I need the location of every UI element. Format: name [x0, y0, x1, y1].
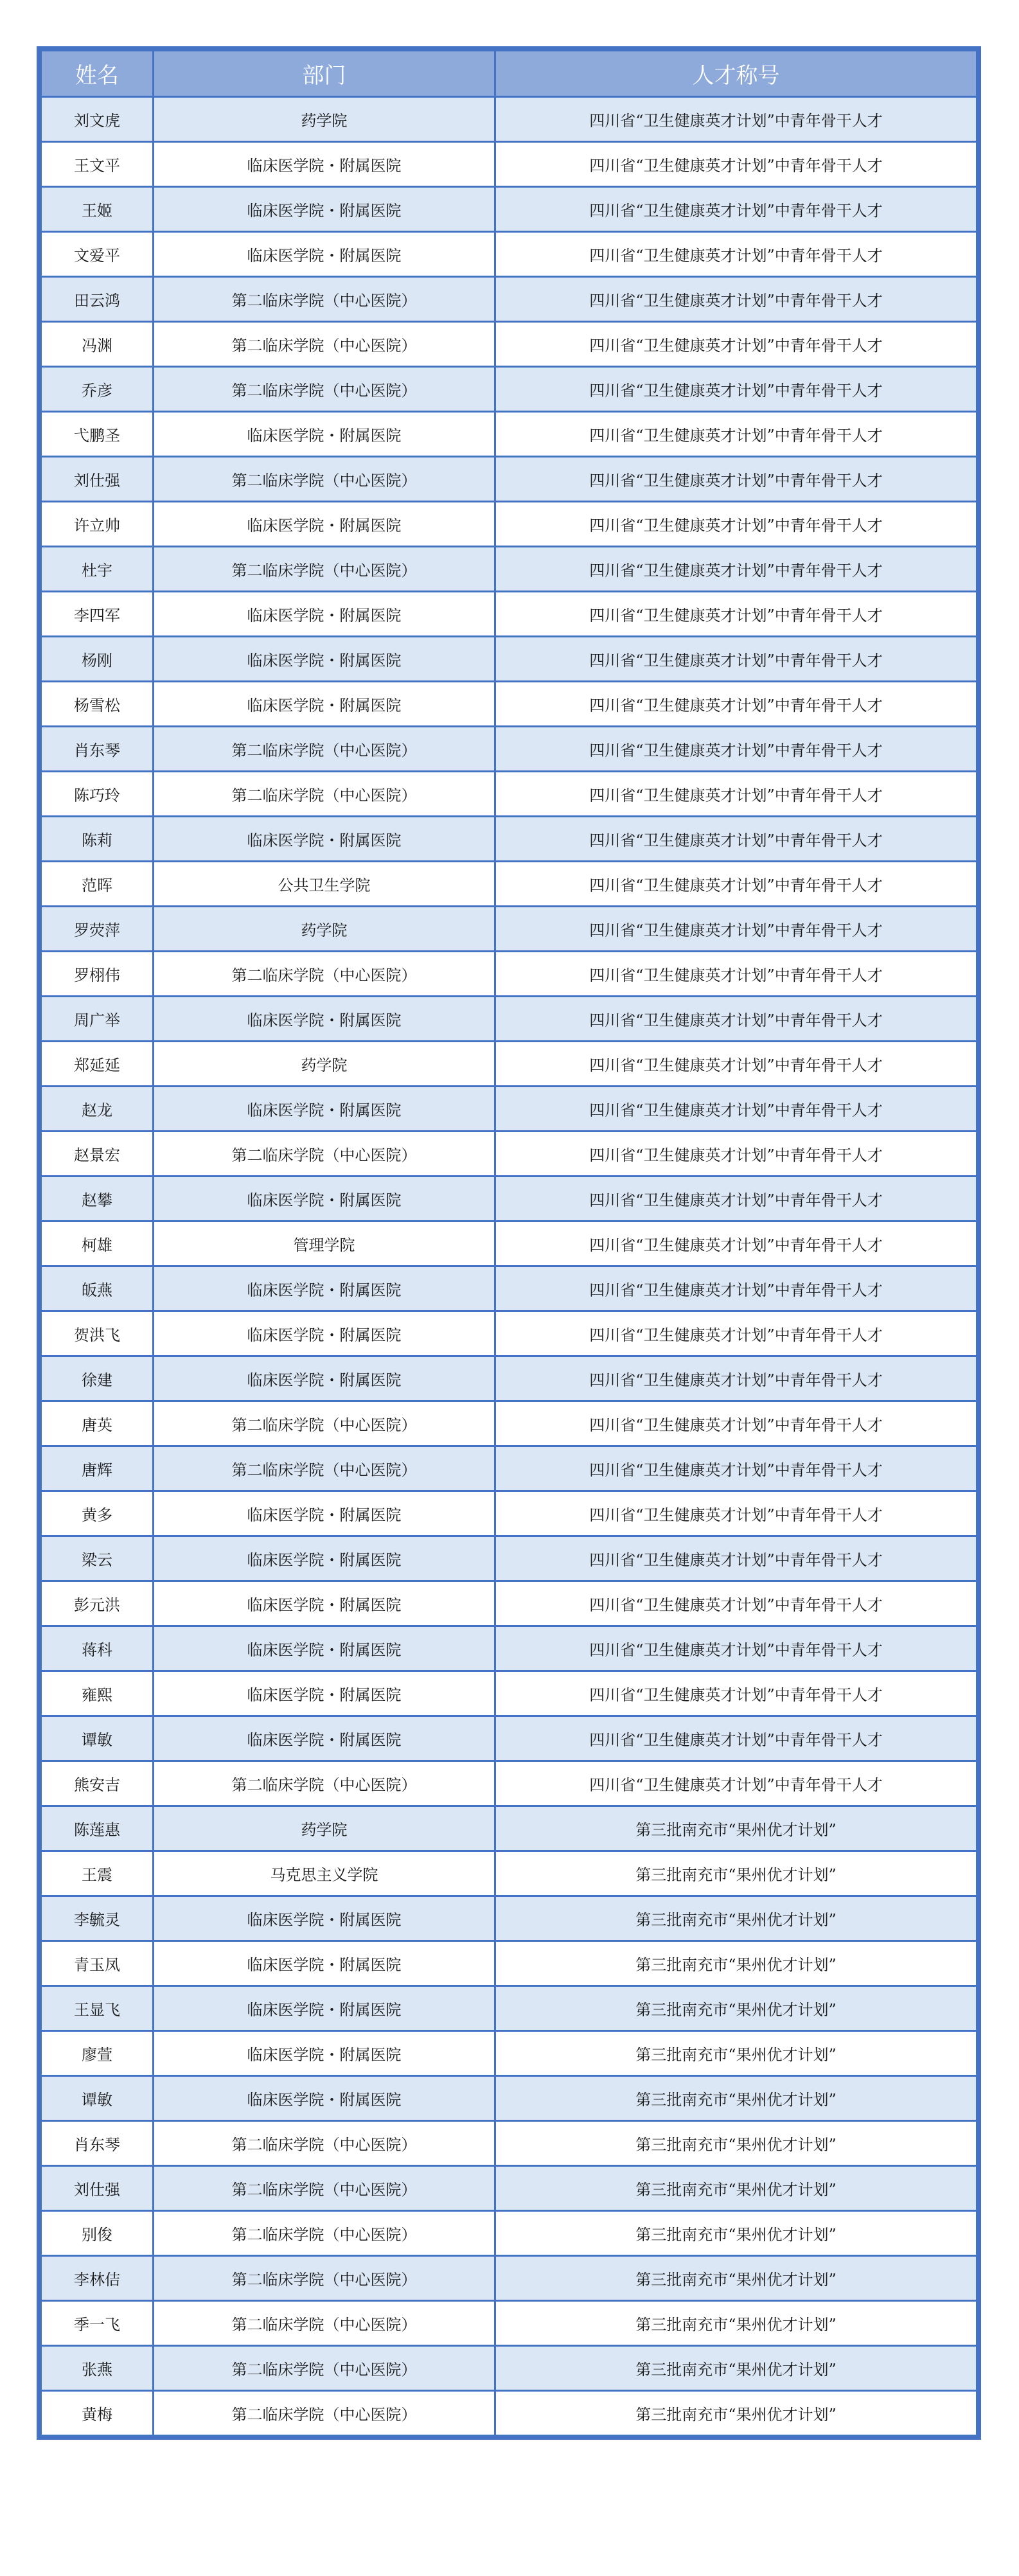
name-cell: 罗栩伟: [41, 952, 154, 997]
table-row: 赵景宏第二临床学院（中心医院）四川省“卫生健康英才计划”中青年骨干人才: [41, 1132, 977, 1177]
table-row: 李林佶第二临床学院（中心医院）第三批南充市“果州优才计划”: [41, 2256, 977, 2301]
talent-title-cell: 四川省“卫生健康英才计划”中青年骨干人才: [495, 1491, 977, 1536]
department-cell: 临床医学院・附属医院: [154, 1896, 495, 1941]
talent-title-cell: 第三批南充市“果州优才计划”: [495, 1986, 977, 2031]
name-cell: 廖萱: [41, 2031, 154, 2076]
talent-title-cell: 四川省“卫生健康英才计划”中青年骨干人才: [495, 637, 977, 682]
table-row: 熊安吉第二临床学院（中心医院）四川省“卫生健康英才计划”中青年骨干人才: [41, 1761, 977, 1806]
table-row: 肖东琴第二临床学院（中心医院）第三批南充市“果州优才计划”: [41, 2121, 977, 2166]
talent-title-cell: 第三批南充市“果州优才计划”: [495, 2211, 977, 2256]
name-cell: 田云鸿: [41, 277, 154, 322]
table-row: 雍熙临床医学院・附属医院四川省“卫生健康英才计划”中青年骨干人才: [41, 1671, 977, 1716]
talent-title-cell: 第三批南充市“果州优才计划”: [495, 1941, 977, 1986]
table-row: 文爱平临床医学院・附属医院四川省“卫生健康英才计划”中青年骨干人才: [41, 232, 977, 277]
talent-table: 姓名 部门 人才称号 刘文虎药学院四川省“卫生健康英才计划”中青年骨干人才王文平…: [40, 49, 978, 2437]
table-row: 罗栩伟第二临床学院（中心医院）四川省“卫生健康英才计划”中青年骨干人才: [41, 952, 977, 997]
department-cell: 管理学院: [154, 1221, 495, 1266]
table-row: 冯渊第二临床学院（中心医院）四川省“卫生健康英才计划”中青年骨干人才: [41, 322, 977, 367]
department-cell: 第二临床学院（中心医院）: [154, 1401, 495, 1446]
talent-title-cell: 四川省“卫生健康英才计划”中青年骨干人才: [495, 1626, 977, 1671]
name-cell: 赵攀: [41, 1177, 154, 1221]
department-cell: 第二临床学院（中心医院）: [154, 2346, 495, 2391]
header-department: 部门: [154, 51, 495, 97]
table-row: 赵攀临床医学院・附属医院四川省“卫生健康英才计划”中青年骨干人才: [41, 1177, 977, 1221]
department-cell: 临床医学院・附属医院: [154, 2076, 495, 2121]
name-cell: 刘仕强: [41, 457, 154, 502]
department-cell: 临床医学院・附属医院: [154, 997, 495, 1042]
name-cell: 王文平: [41, 142, 154, 187]
name-cell: 唐辉: [41, 1446, 154, 1491]
name-cell: 范晖: [41, 862, 154, 907]
name-cell: 谭敏: [41, 1716, 154, 1761]
department-cell: 第二临床学院（中心医院）: [154, 2121, 495, 2166]
department-cell: 临床医学院・附属医院: [154, 682, 495, 727]
department-cell: 第二临床学院（中心医院）: [154, 457, 495, 502]
name-cell: 冯渊: [41, 322, 154, 367]
talent-title-cell: 四川省“卫生健康英才计划”中青年骨干人才: [495, 997, 977, 1042]
table-row: 徐建临床医学院・附属医院四川省“卫生健康英才计划”中青年骨干人才: [41, 1356, 977, 1401]
talent-title-cell: 四川省“卫生健康英才计划”中青年骨干人才: [495, 367, 977, 412]
table-row: 黄梅第二临床学院（中心医院）第三批南充市“果州优才计划”: [41, 2391, 977, 2436]
talent-title-cell: 第三批南充市“果州优才计划”: [495, 2256, 977, 2301]
talent-title-cell: 四川省“卫生健康英才计划”中青年骨干人才: [495, 682, 977, 727]
table-row: 王文平临床医学院・附属医院四川省“卫生健康英才计划”中青年骨干人才: [41, 142, 977, 187]
table-row: 陈莲惠药学院第三批南充市“果州优才计划”: [41, 1806, 977, 1851]
name-cell: 郑延延: [41, 1042, 154, 1087]
name-cell: 王姬: [41, 187, 154, 232]
talent-title-cell: 四川省“卫生健康英才计划”中青年骨干人才: [495, 1716, 977, 1761]
department-cell: 第二临床学院（中心医院）: [154, 2256, 495, 2301]
name-cell: 柯雄: [41, 1221, 154, 1266]
talent-title-cell: 四川省“卫生健康英才计划”中青年骨干人才: [495, 727, 977, 772]
talent-title-cell: 第三批南充市“果州优才计划”: [495, 2076, 977, 2121]
name-cell: 李四军: [41, 592, 154, 637]
talent-title-cell: 四川省“卫生健康英才计划”中青年骨干人才: [495, 1087, 977, 1132]
table-row: 贺洪飞临床医学院・附属医院四川省“卫生健康英才计划”中青年骨干人才: [41, 1311, 977, 1356]
talent-title-cell: 四川省“卫生健康英才计划”中青年骨干人才: [495, 592, 977, 637]
talent-title-cell: 四川省“卫生健康英才计划”中青年骨干人才: [495, 1132, 977, 1177]
table-row: 乔彦第二临床学院（中心医院）四川省“卫生健康英才计划”中青年骨干人才: [41, 367, 977, 412]
table-row: 刘仕强第二临床学院（中心医院）四川省“卫生健康英才计划”中青年骨干人才: [41, 457, 977, 502]
name-cell: 罗荧萍: [41, 907, 154, 952]
department-cell: 临床医学院・附属医院: [154, 1491, 495, 1536]
name-cell: 杨雪松: [41, 682, 154, 727]
talent-title-cell: 四川省“卫生健康英才计划”中青年骨干人才: [495, 1042, 977, 1087]
department-cell: 第二临床学院（中心医院）: [154, 727, 495, 772]
department-cell: 第二临床学院（中心医院）: [154, 1446, 495, 1491]
department-cell: 临床医学院・附属医院: [154, 1671, 495, 1716]
talent-title-cell: 四川省“卫生健康英才计划”中青年骨干人才: [495, 547, 977, 592]
talent-title-cell: 四川省“卫生健康英才计划”中青年骨干人才: [495, 817, 977, 862]
talent-title-cell: 四川省“卫生健康英才计划”中青年骨干人才: [495, 1536, 977, 1581]
table-row: 王显飞临床医学院・附属医院第三批南充市“果州优才计划”: [41, 1986, 977, 2031]
talent-title-cell: 四川省“卫生健康英才计划”中青年骨干人才: [495, 1401, 977, 1446]
name-cell: 赵龙: [41, 1087, 154, 1132]
table-row: 王震马克思主义学院第三批南充市“果州优才计划”: [41, 1851, 977, 1896]
table-row: 梁云临床医学院・附属医院四川省“卫生健康英才计划”中青年骨干人才: [41, 1536, 977, 1581]
talent-title-cell: 四川省“卫生健康英才计划”中青年骨干人才: [495, 232, 977, 277]
name-cell: 周广举: [41, 997, 154, 1042]
department-cell: 临床医学院・附属医院: [154, 412, 495, 457]
department-cell: 第二临床学院（中心医院）: [154, 277, 495, 322]
department-cell: 临床医学院・附属医院: [154, 1356, 495, 1401]
talent-title-cell: 四川省“卫生健康英才计划”中青年骨干人才: [495, 952, 977, 997]
department-cell: 临床医学院・附属医院: [154, 637, 495, 682]
table-row: 杨刚临床医学院・附属医院四川省“卫生健康英才计划”中青年骨干人才: [41, 637, 977, 682]
table-row: 蒋科临床医学院・附属医院四川省“卫生健康英才计划”中青年骨干人才: [41, 1626, 977, 1671]
name-cell: 李毓灵: [41, 1896, 154, 1941]
talent-title-cell: 四川省“卫生健康英才计划”中青年骨干人才: [495, 97, 977, 142]
name-cell: 肖东琴: [41, 2121, 154, 2166]
department-cell: 第二临床学院（中心医院）: [154, 2166, 495, 2211]
department-cell: 临床医学院・附属医院: [154, 2031, 495, 2076]
talent-title-cell: 四川省“卫生健康英才计划”中青年骨干人才: [495, 1761, 977, 1806]
talent-title-cell: 四川省“卫生健康英才计划”中青年骨干人才: [495, 907, 977, 952]
table-row: 柯雄管理学院四川省“卫生健康英才计划”中青年骨干人才: [41, 1221, 977, 1266]
talent-title-cell: 四川省“卫生健康英才计划”中青年骨干人才: [495, 457, 977, 502]
table-row: 王姬临床医学院・附属医院四川省“卫生健康英才计划”中青年骨干人才: [41, 187, 977, 232]
department-cell: 第二临床学院（中心医院）: [154, 322, 495, 367]
department-cell: 第二临床学院（中心医院）: [154, 772, 495, 817]
table-row: 黄多临床医学院・附属医院四川省“卫生健康英才计划”中青年骨干人才: [41, 1491, 977, 1536]
table-row: 皈燕临床医学院・附属医院四川省“卫生健康英才计划”中青年骨干人才: [41, 1266, 977, 1311]
header-row: 姓名 部门 人才称号: [41, 51, 977, 97]
talent-title-cell: 第三批南充市“果州优才计划”: [495, 2031, 977, 2076]
department-cell: 临床医学院・附属医院: [154, 1626, 495, 1671]
talent-title-cell: 四川省“卫生健康英才计划”中青年骨干人才: [495, 1356, 977, 1401]
talent-list-table: 姓名 部门 人才称号 刘文虎药学院四川省“卫生健康英才计划”中青年骨干人才王文平…: [37, 46, 981, 2440]
table-row: 刘仕强第二临床学院（中心医院）第三批南充市“果州优才计划”: [41, 2166, 977, 2211]
table-body: 刘文虎药学院四川省“卫生健康英才计划”中青年骨干人才王文平临床医学院・附属医院四…: [41, 97, 977, 2436]
talent-title-cell: 四川省“卫生健康英才计划”中青年骨干人才: [495, 412, 977, 457]
table-row: 杜宇第二临床学院（中心医院）四川省“卫生健康英才计划”中青年骨干人才: [41, 547, 977, 592]
table-row: 廖萱临床医学院・附属医院第三批南充市“果州优才计划”: [41, 2031, 977, 2076]
department-cell: 第二临床学院（中心医院）: [154, 2301, 495, 2346]
talent-title-cell: 四川省“卫生健康英才计划”中青年骨干人才: [495, 1446, 977, 1491]
name-cell: 黄梅: [41, 2391, 154, 2436]
header-name: 姓名: [41, 51, 154, 97]
department-cell: 公共卫生学院: [154, 862, 495, 907]
talent-title-cell: 四川省“卫生健康英才计划”中青年骨干人才: [495, 187, 977, 232]
talent-title-cell: 第三批南充市“果州优才计划”: [495, 1806, 977, 1851]
talent-title-cell: 四川省“卫生健康英才计划”中青年骨干人才: [495, 1581, 977, 1626]
name-cell: 徐建: [41, 1356, 154, 1401]
name-cell: 文爱平: [41, 232, 154, 277]
table-row: 杨雪松临床医学院・附属医院四川省“卫生健康英才计划”中青年骨干人才: [41, 682, 977, 727]
department-cell: 临床医学院・附属医院: [154, 1177, 495, 1221]
table-row: 别俊第二临床学院（中心医院）第三批南充市“果州优才计划”: [41, 2211, 977, 2256]
department-cell: 临床医学院・附属医院: [154, 1311, 495, 1356]
talent-title-cell: 四川省“卫生健康英才计划”中青年骨干人才: [495, 862, 977, 907]
department-cell: 临床医学院・附属医院: [154, 187, 495, 232]
talent-title-cell: 四川省“卫生健康英才计划”中青年骨干人才: [495, 1221, 977, 1266]
name-cell: 张燕: [41, 2346, 154, 2391]
department-cell: 马克思主义学院: [154, 1851, 495, 1896]
table-row: 周广举临床医学院・附属医院四川省“卫生健康英才计划”中青年骨干人才: [41, 997, 977, 1042]
table-row: 田云鸿第二临床学院（中心医院）四川省“卫生健康英才计划”中青年骨干人才: [41, 277, 977, 322]
department-cell: 第二临床学院（中心医院）: [154, 547, 495, 592]
table-row: 谭敏临床医学院・附属医院第三批南充市“果州优才计划”: [41, 2076, 977, 2121]
name-cell: 乔彦: [41, 367, 154, 412]
department-cell: 药学院: [154, 907, 495, 952]
name-cell: 肖东琴: [41, 727, 154, 772]
name-cell: 贺洪飞: [41, 1311, 154, 1356]
department-cell: 临床医学院・附属医院: [154, 592, 495, 637]
talent-title-cell: 第三批南充市“果州优才计划”: [495, 2391, 977, 2436]
talent-title-cell: 四川省“卫生健康英才计划”中青年骨干人才: [495, 1311, 977, 1356]
table-row: 刘文虎药学院四川省“卫生健康英才计划”中青年骨干人才: [41, 97, 977, 142]
department-cell: 临床医学院・附属医院: [154, 232, 495, 277]
name-cell: 许立帅: [41, 502, 154, 547]
talent-title-cell: 四川省“卫生健康英才计划”中青年骨干人才: [495, 1671, 977, 1716]
department-cell: 临床医学院・附属医院: [154, 1087, 495, 1132]
talent-title-cell: 第三批南充市“果州优才计划”: [495, 2346, 977, 2391]
table-row: 郑延延药学院四川省“卫生健康英才计划”中青年骨干人才: [41, 1042, 977, 1087]
table-row: 季一飞第二临床学院（中心医院）第三批南充市“果州优才计划”: [41, 2301, 977, 2346]
department-cell: 第二临床学院（中心医院）: [154, 952, 495, 997]
name-cell: 青玉凤: [41, 1941, 154, 1986]
table-row: 彭元洪临床医学院・附属医院四川省“卫生健康英才计划”中青年骨干人才: [41, 1581, 977, 1626]
department-cell: 临床医学院・附属医院: [154, 1536, 495, 1581]
department-cell: 临床医学院・附属医院: [154, 502, 495, 547]
talent-title-cell: 四川省“卫生健康英才计划”中青年骨干人才: [495, 142, 977, 187]
table-row: 张燕第二临床学院（中心医院）第三批南充市“果州优才计划”: [41, 2346, 977, 2391]
department-cell: 药学院: [154, 1806, 495, 1851]
name-cell: 彭元洪: [41, 1581, 154, 1626]
name-cell: 王震: [41, 1851, 154, 1896]
table-row: 罗荧萍药学院四川省“卫生健康英才计划”中青年骨干人才: [41, 907, 977, 952]
table-row: 谭敏临床医学院・附属医院四川省“卫生健康英才计划”中青年骨干人才: [41, 1716, 977, 1761]
talent-title-cell: 四川省“卫生健康英才计划”中青年骨干人才: [495, 772, 977, 817]
table-row: 李毓灵临床医学院・附属医院第三批南充市“果州优才计划”: [41, 1896, 977, 1941]
department-cell: 药学院: [154, 1042, 495, 1087]
name-cell: 刘文虎: [41, 97, 154, 142]
name-cell: 季一飞: [41, 2301, 154, 2346]
name-cell: 蒋科: [41, 1626, 154, 1671]
department-cell: 临床医学院・附属医院: [154, 142, 495, 187]
header-talent-title: 人才称号: [495, 51, 977, 97]
name-cell: 杨刚: [41, 637, 154, 682]
talent-title-cell: 第三批南充市“果州优才计划”: [495, 2166, 977, 2211]
name-cell: 陈巧玲: [41, 772, 154, 817]
talent-title-cell: 第三批南充市“果州优才计划”: [495, 1851, 977, 1896]
table-row: 陈巧玲第二临床学院（中心医院）四川省“卫生健康英才计划”中青年骨干人才: [41, 772, 977, 817]
name-cell: 黄多: [41, 1491, 154, 1536]
table-row: 弋鹏圣临床医学院・附属医院四川省“卫生健康英才计划”中青年骨干人才: [41, 412, 977, 457]
department-cell: 第二临床学院（中心医院）: [154, 2211, 495, 2256]
department-cell: 临床医学院・附属医院: [154, 1941, 495, 1986]
talent-title-cell: 四川省“卫生健康英才计划”中青年骨干人才: [495, 502, 977, 547]
table-row: 唐英第二临床学院（中心医院）四川省“卫生健康英才计划”中青年骨干人才: [41, 1401, 977, 1446]
table-row: 范晖公共卫生学院四川省“卫生健康英才计划”中青年骨干人才: [41, 862, 977, 907]
name-cell: 李林佶: [41, 2256, 154, 2301]
name-cell: 别俊: [41, 2211, 154, 2256]
talent-title-cell: 第三批南充市“果州优才计划”: [495, 1896, 977, 1941]
department-cell: 药学院: [154, 97, 495, 142]
table-row: 肖东琴第二临床学院（中心医院）四川省“卫生健康英才计划”中青年骨干人才: [41, 727, 977, 772]
department-cell: 临床医学院・附属医院: [154, 1266, 495, 1311]
department-cell: 临床医学院・附属医院: [154, 1581, 495, 1626]
talent-title-cell: 第三批南充市“果州优才计划”: [495, 2301, 977, 2346]
table-row: 许立帅临床医学院・附属医院四川省“卫生健康英才计划”中青年骨干人才: [41, 502, 977, 547]
talent-title-cell: 四川省“卫生健康英才计划”中青年骨干人才: [495, 277, 977, 322]
department-cell: 临床医学院・附属医院: [154, 817, 495, 862]
name-cell: 谭敏: [41, 2076, 154, 2121]
name-cell: 刘仕强: [41, 2166, 154, 2211]
department-cell: 第二临床学院（中心医院）: [154, 1761, 495, 1806]
name-cell: 赵景宏: [41, 1132, 154, 1177]
name-cell: 梁云: [41, 1536, 154, 1581]
department-cell: 第二临床学院（中心医院）: [154, 367, 495, 412]
name-cell: 弋鹏圣: [41, 412, 154, 457]
table-row: 赵龙临床医学院・附属医院四川省“卫生健康英才计划”中青年骨干人才: [41, 1087, 977, 1132]
name-cell: 熊安吉: [41, 1761, 154, 1806]
talent-title-cell: 四川省“卫生健康英才计划”中青年骨干人才: [495, 1266, 977, 1311]
department-cell: 第二临床学院（中心医院）: [154, 1132, 495, 1177]
name-cell: 皈燕: [41, 1266, 154, 1311]
name-cell: 杜宇: [41, 547, 154, 592]
name-cell: 陈莲惠: [41, 1806, 154, 1851]
department-cell: 临床医学院・附属医院: [154, 1716, 495, 1761]
talent-title-cell: 四川省“卫生健康英才计划”中青年骨干人才: [495, 1177, 977, 1221]
name-cell: 陈莉: [41, 817, 154, 862]
name-cell: 唐英: [41, 1401, 154, 1446]
talent-title-cell: 第三批南充市“果州优才计划”: [495, 2121, 977, 2166]
name-cell: 王显飞: [41, 1986, 154, 2031]
table-row: 陈莉临床医学院・附属医院四川省“卫生健康英才计划”中青年骨干人才: [41, 817, 977, 862]
department-cell: 第二临床学院（中心医院）: [154, 2391, 495, 2436]
department-cell: 临床医学院・附属医院: [154, 1986, 495, 2031]
table-row: 李四军临床医学院・附属医院四川省“卫生健康英才计划”中青年骨干人才: [41, 592, 977, 637]
table-row: 青玉凤临床医学院・附属医院第三批南充市“果州优才计划”: [41, 1941, 977, 1986]
talent-title-cell: 四川省“卫生健康英才计划”中青年骨干人才: [495, 322, 977, 367]
name-cell: 雍熙: [41, 1671, 154, 1716]
table-row: 唐辉第二临床学院（中心医院）四川省“卫生健康英才计划”中青年骨干人才: [41, 1446, 977, 1491]
